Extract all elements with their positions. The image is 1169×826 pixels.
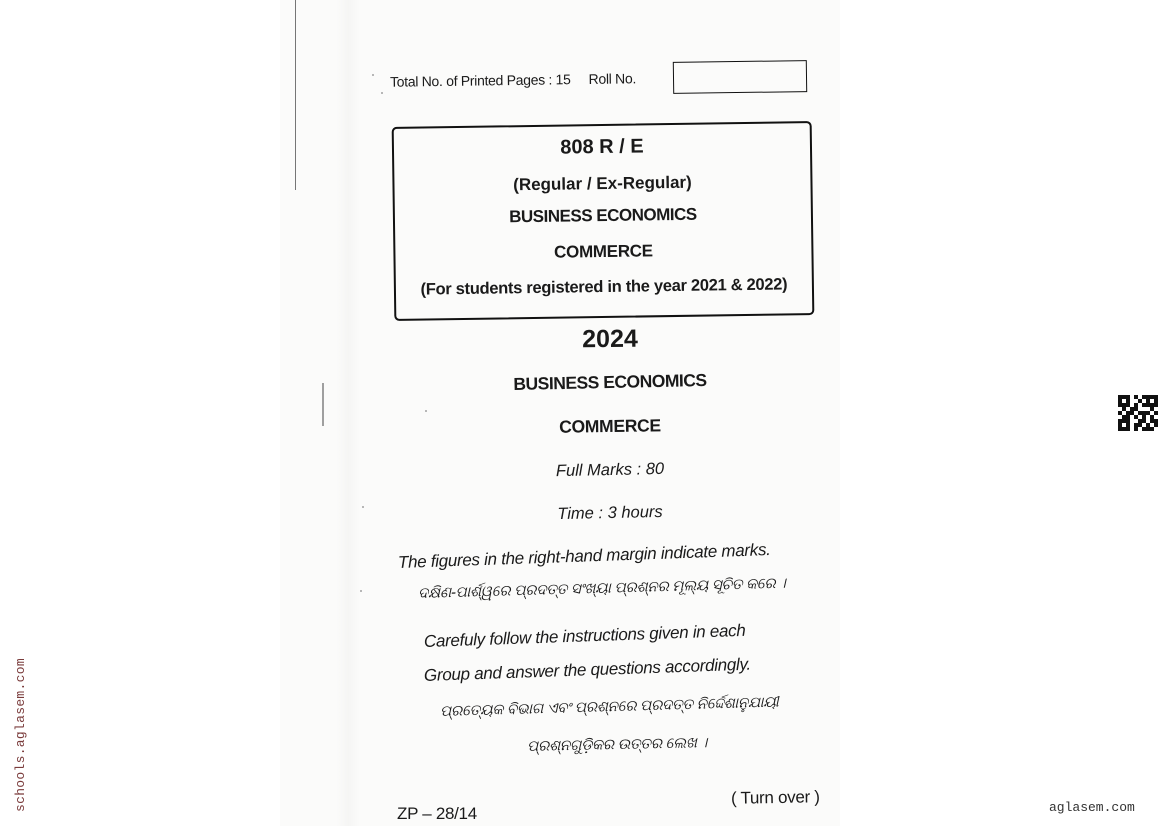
turn-over-note: ( Turn over ) <box>731 787 820 809</box>
exam-year: 2024 <box>400 323 820 356</box>
roll-number-label: Roll No. <box>588 70 636 87</box>
watermark-left: schools.aglasem.com <box>13 658 28 812</box>
scan-speck <box>372 74 374 76</box>
roll-number-field <box>673 60 807 94</box>
scan-speck <box>381 92 383 94</box>
watermark-right: aglasem.com <box>1049 800 1135 815</box>
margin-mark <box>322 383 327 426</box>
exam-type: (Regular / Ex-Regular) <box>394 171 810 197</box>
scan-shadow <box>336 0 360 826</box>
paper-code-title: 808 R / E <box>394 133 810 162</box>
footer-paper-code: ZP – 28/14 <box>397 804 477 824</box>
scan-speck <box>360 590 362 592</box>
title-box: 808 R / E (Regular / Ex-Regular) BUSINES… <box>392 121 815 321</box>
page-edge-line <box>295 0 296 190</box>
qr-code-icon <box>1118 395 1158 431</box>
boxed-subject: BUSINESS ECONOMICS <box>395 203 811 229</box>
scan-speck <box>425 410 427 412</box>
scan-speck <box>362 506 364 508</box>
registration-note: (For students registered in the year 202… <box>396 275 812 300</box>
boxed-stream: COMMERCE <box>395 239 811 265</box>
header-line: Total No. of Printed Pages : 15Roll No. <box>390 70 636 89</box>
printed-pages-label: Total No. of Printed Pages : 15 <box>390 71 571 90</box>
